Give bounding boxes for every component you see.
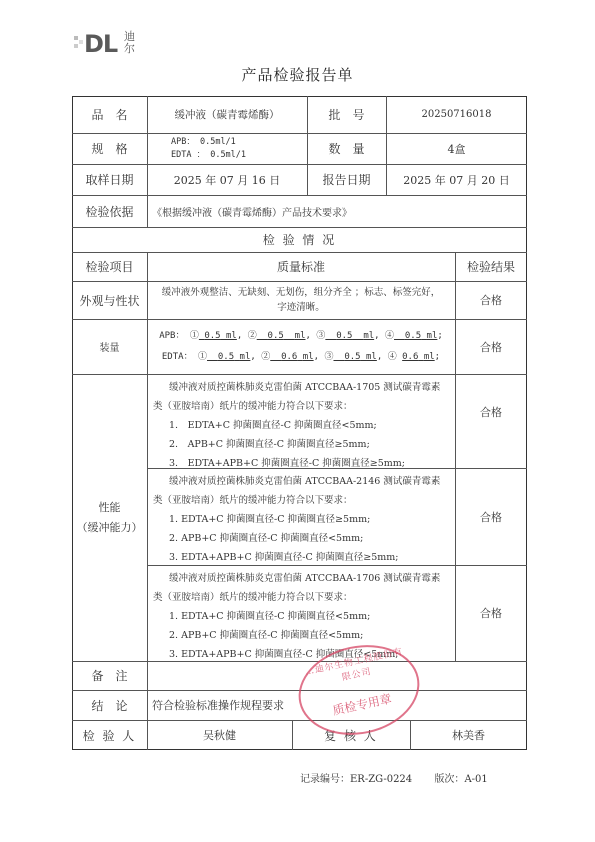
column-header-result: 检验结果 [455,252,527,281]
conclusion-label: 结 论 [72,690,147,720]
basis-label: 检验依据 [72,195,147,227]
quantity-label: 数 量 [307,133,386,164]
volume-edta-line: EDTA： ① 0.5 ml, ② 0.6 ml, ③ 0.5 ml, ④ 0.… [162,347,440,368]
basis-value: 《根据缓冲液（碳青霉烯酶）产品技术要求》 [147,195,527,227]
logo-mark: DL [84,30,117,58]
performance-result-2: 合格 [455,468,527,565]
volume-standard: APB： ① 0.5 ml, ② 0.5 ml, ③ 0.5 ml, ④ 0.5… [147,319,455,374]
product-name-label: 品 名 [72,96,147,133]
report-date-value: 2025 年 07 月 20 日 [386,164,527,195]
spec-value: APB： 0.5ml/1EDTA ： 0.5ml/1 [147,133,307,164]
reviewer-name: 林美香 [410,720,527,750]
performance-test-2: 缓冲液对质控菌株肺炎克雷伯菌 ATCCBAA-2146 测试碳青霉素 类（亚胺培… [147,468,455,565]
appearance-standard: 缓冲液外观整洁、无缺刻、无划伤，组分齐全 ；标志、标签完好， 字迹清晰。 [147,281,455,319]
performance-item: 性能 （缓冲能力） [72,374,147,661]
performance-result-3: 合格 [455,565,527,661]
column-header-standard: 质量标准 [147,252,455,281]
performance-test-1: 缓冲液对质控菌株肺炎克雷伯菌 ATCCBAA-1705 测试碳青霉素 类（亚胺培… [147,374,455,468]
quantity-value: 4盒 [386,133,527,164]
footer: 记录编号：ER-ZG-0224 版次：A-01 [300,770,488,785]
product-name-value: 缓冲液（碳青霉烯酶） [147,96,307,133]
record-no-label: 记录编号： [300,774,350,785]
sample-date-label: 取样日期 [72,164,147,195]
batch-label: 批 号 [307,96,386,133]
remarks-label: 备 注 [72,661,147,690]
record-no: ER-ZG-0224 [350,774,412,785]
volume-item: 装量 [72,319,147,374]
performance-test-3: 缓冲液对质控菌株肺炎克雷伯菌 ATCCBAA-1706 测试碳青霉素 类（亚胺培… [147,565,455,661]
report-date-label: 报告日期 [307,164,386,195]
section-title: 检 验 情 况 [72,227,527,252]
page-title: 产品检验报告单 [0,64,595,85]
spec-label: 规 格 [72,133,147,164]
company-logo: DL 迪尔 [74,30,144,58]
version: A-01 [464,774,487,785]
volume-result: 合格 [455,319,527,374]
batch-value: 20250716018 [386,96,527,133]
sample-date-value: 2025 年 07 月 16 日 [147,164,307,195]
appearance-item: 外观与性状 [72,281,147,319]
performance-result-1: 合格 [455,374,527,468]
logo-cn: 迪尔 [124,31,135,55]
volume-apb-line: APB： ① 0.5 ml, ② 0.5 ml, ③ 0.5 ml, ④ 0.5… [159,326,443,347]
inspector-label: 检 验 人 [72,720,147,750]
appearance-result: 合格 [455,281,527,319]
version-label: 版次： [434,774,464,785]
inspector-name: 吴秋健 [147,720,292,750]
column-header-item: 检验项目 [72,252,147,281]
